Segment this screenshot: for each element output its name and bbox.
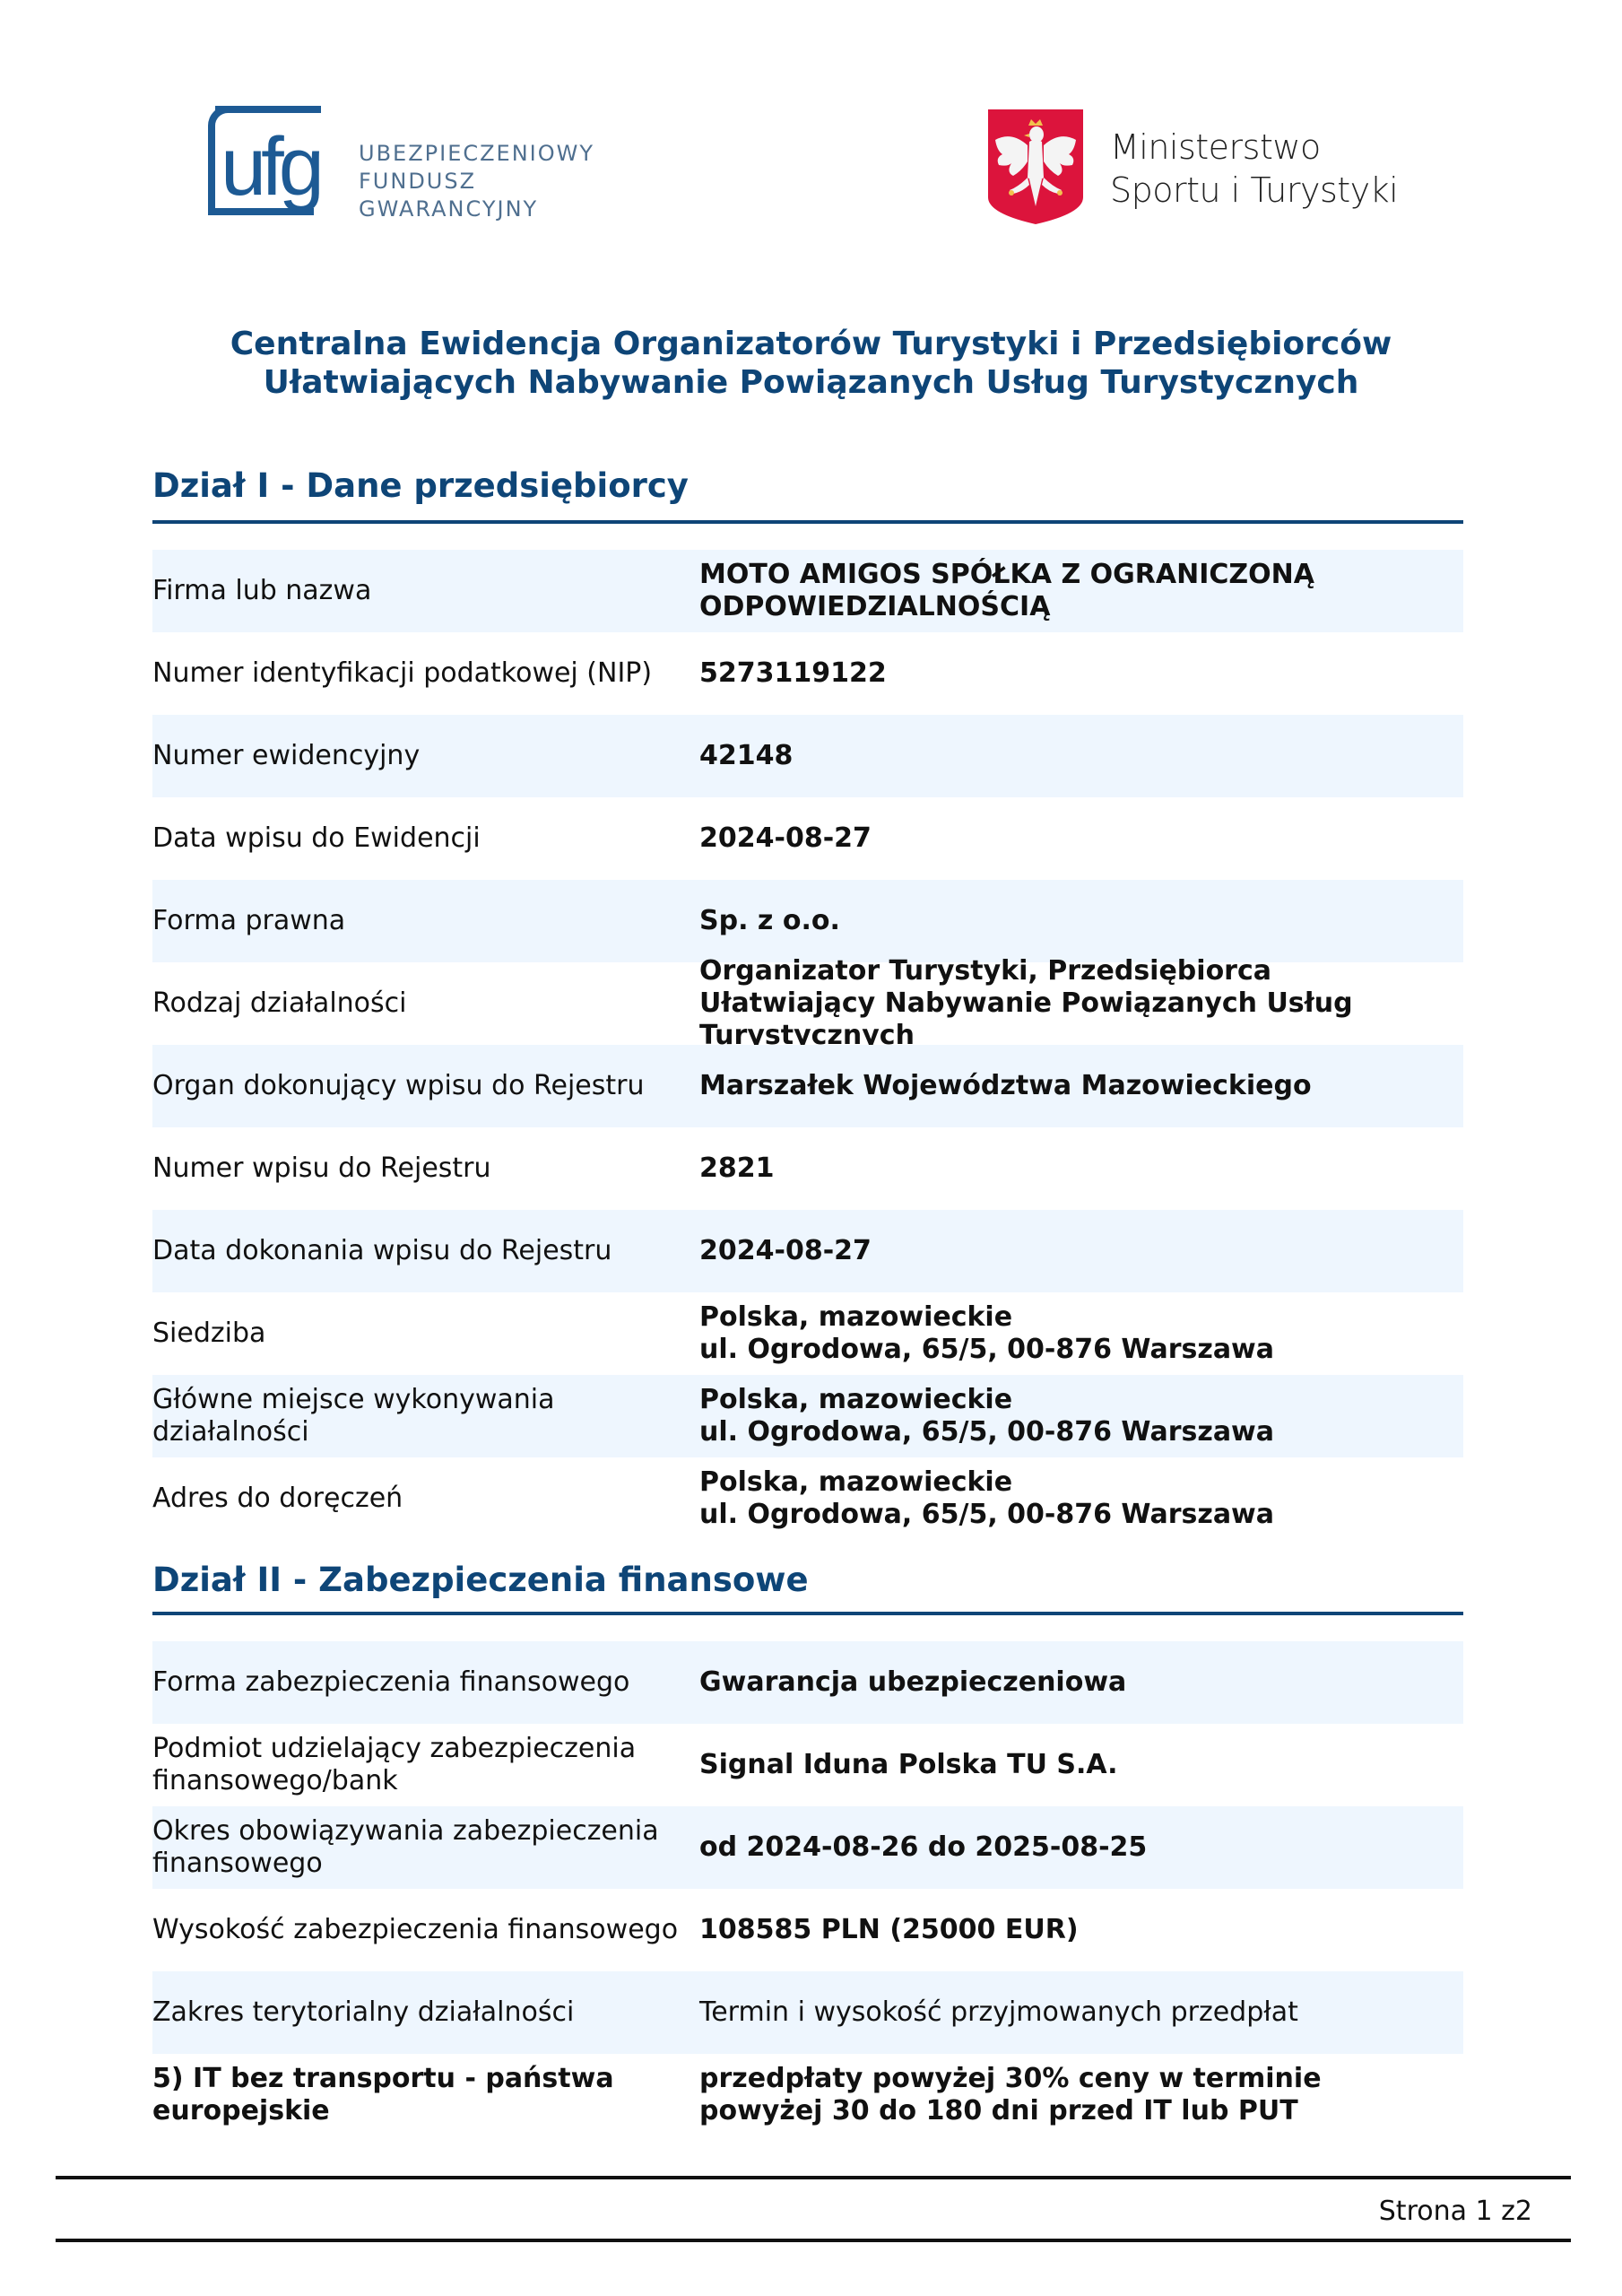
section-2-heading: Dział II - Zabezpieczenia finansowe — [152, 1561, 809, 1599]
row-label: Organ dokonujący wpisu do Rejestru — [152, 1070, 699, 1102]
row-value: 42148 — [699, 740, 1463, 772]
section-1-divider — [152, 520, 1463, 524]
row-label: Numer wpisu do Rejestru — [152, 1152, 699, 1185]
document-title-line-2: Ułatwiających Nabywanie Powiązanych Usłu… — [0, 363, 1622, 402]
section-1-table: Firma lub nazwaMOTO AMIGOS SPÓŁKA Z OGRA… — [152, 550, 1463, 1540]
table-row: Numer identyfikacji podatkowej (NIP)5273… — [152, 632, 1463, 715]
row-value: Marszałek Województwa Mazowieckiego — [699, 1070, 1463, 1102]
ministry-name: Ministerstwo Sportu i Turystyki — [1110, 126, 1398, 212]
row-label: Rodzaj działalności — [152, 987, 699, 1020]
row-value: Termin i wysokość przyjmowanych przedpła… — [699, 1996, 1463, 2029]
table-row: Główne miejsce wykonywania działalnościP… — [152, 1375, 1463, 1457]
ufg-logo-text: UBEZPIECZENIOWY FUNDUSZ GWARANCYJNY — [359, 140, 594, 223]
row-value: MOTO AMIGOS SPÓŁKA Z OGRANICZONĄ ODPOWIE… — [699, 559, 1463, 623]
table-row: Data wpisu do Ewidencji2024-08-27 — [152, 797, 1463, 880]
row-value: Signal Iduna Polska TU S.A. — [699, 1749, 1463, 1781]
table-row: Okres obowiązywania zabezpieczenia finan… — [152, 1806, 1463, 1889]
table-row: Rodzaj działalnościOrganizator Turystyki… — [152, 962, 1463, 1045]
row-label: Firma lub nazwa — [152, 575, 699, 607]
polish-eagle-emblem-icon — [986, 108, 1085, 226]
row-label: Zakres terytorialny działalności — [152, 1996, 699, 2029]
table-row: Forma prawnaSp. z o.o. — [152, 880, 1463, 962]
row-value: Polska, mazowieckie ul. Ogrodowa, 65/5, … — [699, 1384, 1463, 1448]
ufg-logo-mark: ufg — [221, 126, 319, 208]
table-row: Firma lub nazwaMOTO AMIGOS SPÓŁKA Z OGRA… — [152, 550, 1463, 632]
page-number: Strona 1 z2 — [1379, 2196, 1532, 2227]
table-row: Numer ewidencyjny42148 — [152, 715, 1463, 797]
row-value: 108585 PLN (25000 EUR) — [699, 1914, 1463, 1946]
scope-header-row: Zakres terytorialny działalnościTermin i… — [152, 1971, 1463, 2054]
row-label: Okres obowiązywania zabezpieczenia finan… — [152, 1815, 699, 1880]
row-value: przedpłaty powyżej 30% ceny w terminie p… — [699, 2063, 1463, 2127]
row-value: Polska, mazowieckie ul. Ogrodowa, 65/5, … — [699, 1301, 1463, 1366]
footer-bottom-rule — [56, 2239, 1571, 2242]
ufg-line-1: UBEZPIECZENIOWY — [359, 140, 594, 168]
section-1-heading: Dział I - Dane przedsiębiorcy — [152, 466, 689, 505]
table-row: Wysokość zabezpieczenia finansowego10858… — [152, 1889, 1463, 1971]
row-label: Forma zabezpieczenia finansowego — [152, 1666, 699, 1699]
table-row: Organ dokonujący wpisu do RejestruMarsza… — [152, 1045, 1463, 1127]
row-value: 2024-08-27 — [699, 822, 1463, 855]
row-value: Sp. z o.o. — [699, 905, 1463, 937]
row-label: Podmiot udzielający zabezpieczenia finan… — [152, 1733, 699, 1797]
table-row: Forma zabezpieczenia finansowegoGwarancj… — [152, 1641, 1463, 1724]
row-value: Polska, mazowieckie ul. Ogrodowa, 65/5, … — [699, 1466, 1463, 1531]
ministry-line-2: Sportu i Turystyki — [1110, 169, 1398, 212]
row-value: 2821 — [699, 1152, 1463, 1185]
row-label: Forma prawna — [152, 905, 699, 937]
row-label: Numer ewidencyjny — [152, 740, 699, 772]
section-2-divider — [152, 1612, 1463, 1615]
table-row: Podmiot udzielający zabezpieczenia finan… — [152, 1724, 1463, 1806]
row-value: Organizator Turystyki, Przedsiębiorca Uł… — [699, 955, 1463, 1052]
row-label: Data dokonania wpisu do Rejestru — [152, 1235, 699, 1267]
section-2-table: Forma zabezpieczenia finansowegoGwarancj… — [152, 1641, 1463, 2136]
row-label: Data wpisu do Ewidencji — [152, 822, 699, 855]
row-value: od 2024-08-26 do 2025-08-25 — [699, 1831, 1463, 1864]
document-title: Centralna Ewidencja Organizatorów Turyst… — [0, 325, 1622, 402]
table-row: SiedzibaPolska, mazowieckie ul. Ogrodowa… — [152, 1292, 1463, 1375]
footer-top-rule — [56, 2176, 1571, 2179]
row-value: 2024-08-27 — [699, 1235, 1463, 1267]
row-label: Wysokość zabezpieczenia finansowego — [152, 1914, 699, 1946]
row-value: Gwarancja ubezpieczeniowa — [699, 1666, 1463, 1699]
row-label: 5) IT bez transportu - państwa europejsk… — [152, 2063, 699, 2127]
row-label: Siedziba — [152, 1318, 699, 1350]
row-label: Numer identyfikacji podatkowej (NIP) — [152, 657, 699, 690]
table-row: Data dokonania wpisu do Rejestru2024-08-… — [152, 1210, 1463, 1292]
row-label: Główne miejsce wykonywania działalności — [152, 1384, 699, 1448]
row-label: Adres do doręczeń — [152, 1483, 699, 1515]
table-row: Numer wpisu do Rejestru2821 — [152, 1127, 1463, 1210]
ufg-logo: ufg UBEZPIECZENIOWY FUNDUSZ GWARANCYJNY — [208, 104, 585, 230]
table-row: Adres do doręczeńPolska, mazowieckie ul.… — [152, 1457, 1463, 1540]
ufg-line-2: FUNDUSZ — [359, 168, 594, 196]
ministry-logo: Ministerstwo Sportu i Turystyki — [986, 108, 1399, 233]
ministry-line-1: Ministerstwo — [1110, 126, 1398, 169]
row-value: 5273119122 — [699, 657, 1463, 690]
scope-row: 5) IT bez transportu - państwa europejsk… — [152, 2054, 1463, 2136]
document-title-line-1: Centralna Ewidencja Organizatorów Turyst… — [0, 325, 1622, 363]
ufg-line-3: GWARANCYJNY — [359, 196, 594, 223]
